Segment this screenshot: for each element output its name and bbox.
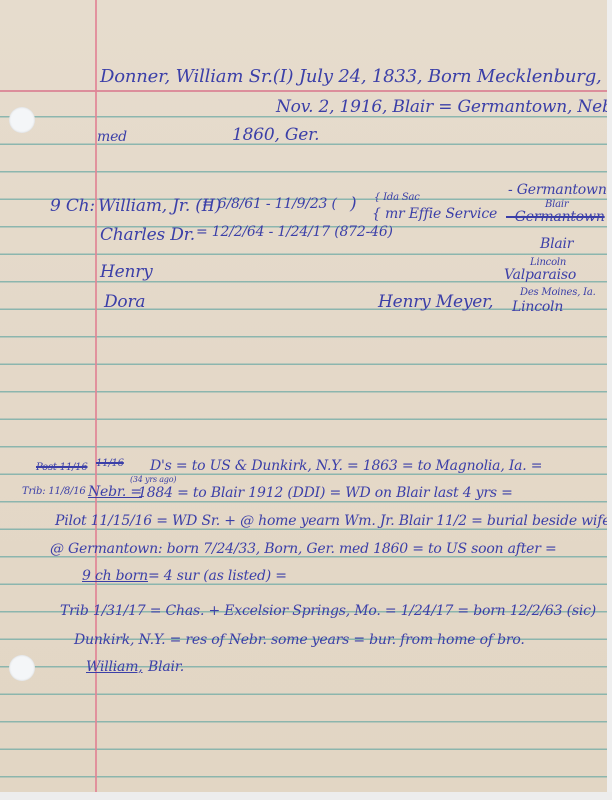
child-dates-charles: = 12/2/64 - 1/24/17 (872-46): [196, 224, 393, 240]
note-3-text: Pilot 11/15/16 = WD Sr. + @ home yearn W…: [55, 513, 607, 529]
child-dates-william-jr: = 6/8/61 - 11/9/23 (: [202, 196, 337, 212]
note-1-struck-b: 11/16: [96, 458, 124, 469]
place-blair: Blair: [540, 236, 573, 252]
note-5-text: = 4 sur (as listed) =: [148, 568, 287, 584]
note-2-above: (34 yrs ago): [130, 475, 176, 484]
place-valparaiso: Valparaiso: [504, 267, 576, 283]
place-des-moines: Des Moines, Ia.: [520, 287, 596, 298]
place-germantown-struck: - Germantown: [506, 209, 605, 225]
header-married-label: med: [97, 129, 127, 145]
note-1-struck-a: Post 11/16: [36, 462, 88, 473]
scan-right-edge: [607, 0, 612, 800]
header-married-text: 1860, Ger.: [232, 125, 319, 145]
place-germantown: - Germantown: [508, 182, 607, 198]
header-line-2: Nov. 2, 1916, Blair = Germantown, Nebr.: [276, 97, 607, 117]
note-7-text: Dunkirk, N.Y. = res of Nebr. some years …: [74, 632, 525, 648]
child-dates-close-paren: ): [350, 194, 356, 214]
note-2-text-a: Nebr. =: [88, 484, 142, 500]
note-8-underline: William,: [86, 659, 143, 675]
punch-hole-top: [9, 107, 35, 133]
child-name-henry: Henry: [100, 262, 153, 282]
note-8-text: Blair.: [148, 659, 184, 675]
spouse-henry-meyer: Henry Meyer,: [378, 292, 493, 312]
place-lincoln: Lincoln: [512, 299, 563, 315]
header-line-1: Donner, William Sr.(I) July 24, 1833, Bo…: [100, 66, 607, 87]
note-6-text: Trib 1/31/17 = Chas. + Excelsior Springs…: [60, 603, 596, 619]
brace-note-effie: { mr Effie Service: [372, 206, 497, 222]
note-5-underline: 9 ch born: [82, 568, 148, 584]
ruled-paper-sheet: Donner, William Sr.(I) July 24, 1833, Bo…: [0, 0, 607, 792]
note-2-prefix: Trib: 11/8/16: [22, 486, 86, 497]
child-name-charles: Charles Dr.: [100, 225, 195, 245]
note-4-text: @ Germantown: born 7/24/33, Born, Ger. m…: [50, 541, 557, 557]
top-margin-line: [0, 90, 607, 92]
brace-note-ida: { Ida Sac: [374, 192, 420, 203]
scan-bottom-edge: [0, 792, 612, 800]
note-2-text-b: 1884 = to Blair 1912 (DDI) = WD on Blair…: [138, 485, 513, 501]
punch-hole-bottom: [9, 655, 35, 681]
note-1-text: D's = to US & Dunkirk, N.Y. = 1863 = to …: [150, 458, 542, 474]
children-label: 9 Ch:: [50, 196, 95, 216]
child-name-dora: Dora: [104, 292, 145, 312]
